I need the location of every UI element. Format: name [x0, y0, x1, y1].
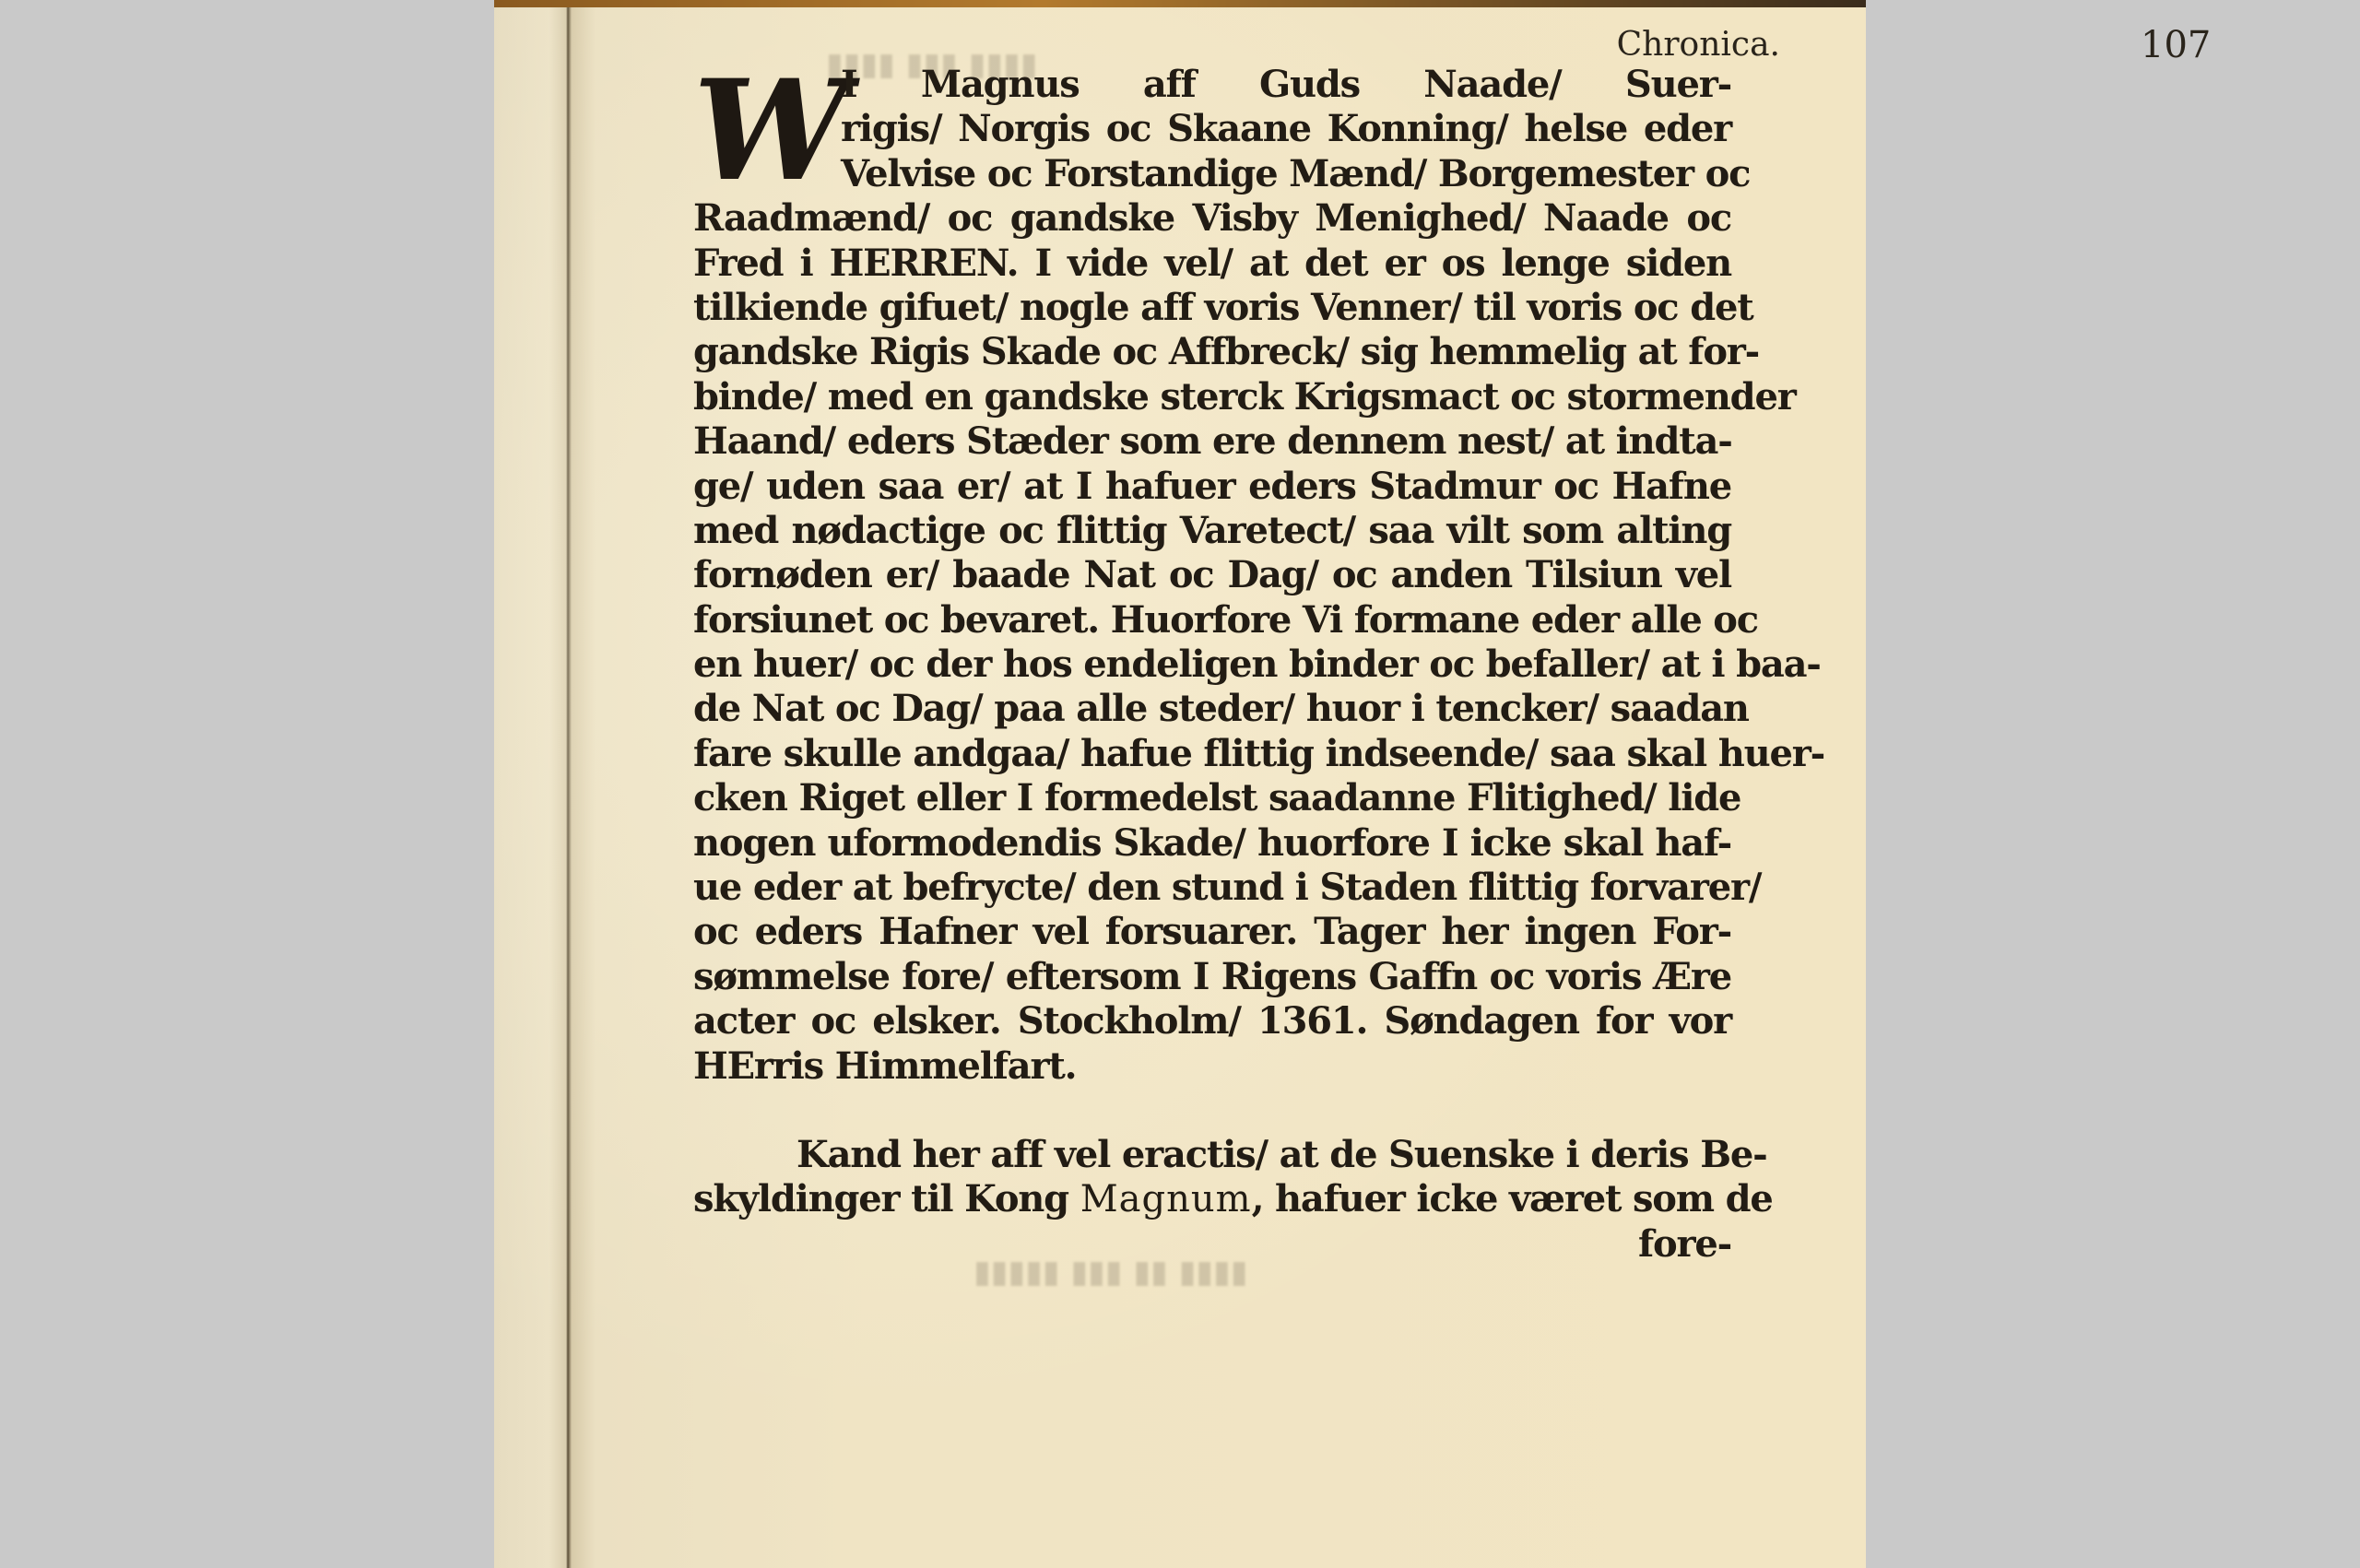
text-span: skyldinger til Kong [693, 1177, 1080, 1220]
text-line: en huer/ oc der hos endeligen binder oc … [693, 643, 1731, 687]
text-line: oc eders Hafner vel forsuarer. Tager her… [693, 910, 1731, 954]
text-line: Velvise oc Forstandige Mænd/ Borgemester… [693, 152, 1731, 196]
paragraph2-line: Kand her aff vel eractis/ at de Suenske … [693, 1133, 1731, 1177]
text-line: sømmelse fore/ eftersom I Rigens Gaffn o… [693, 955, 1731, 999]
catchword: fore- [693, 1222, 1731, 1267]
page-number: 107 [2141, 24, 2211, 66]
text-line: fare skulle andgaa/ hafue flittig indsee… [693, 732, 1731, 776]
running-title: Chronica. [1617, 26, 1780, 64]
text-line: cken Riget eller I formedelst saadanne F… [693, 776, 1731, 820]
text-line: forsiunet oc bevaret. Huorfore Vi forman… [693, 598, 1731, 643]
text-line: I Magnus aff Guds Naade/ Suer- [693, 63, 1731, 107]
body-text: I Magnus aff Guds Naade/ Suer- rigis/ No… [693, 63, 1731, 1267]
text-line: tilkiende gifuet/ nogle aff voris Venner… [693, 286, 1731, 330]
text-line: rigis/ Norgis oc Skaane Konning/ helse e… [693, 107, 1731, 151]
text-line: Raadmænd/ oc gandske Visby Menighed/ Naa… [693, 196, 1731, 241]
text-line: ge/ uden saa er/ at I hafuer eders Stadm… [693, 465, 1731, 509]
paragraph2-line: skyldinger til Kong Magnum, hafuer icke … [693, 1177, 1731, 1221]
text-line: Haand/ eders Stæder som ere dennem nest/… [693, 419, 1731, 464]
binding-edge [494, 0, 1866, 7]
text-line: ue eder at befrycte/ den stund i Staden … [693, 866, 1731, 910]
text-line: de Nat oc Dag/ paa alle steder/ huor i t… [693, 687, 1731, 731]
text-span: , hafuer icke været som de [1252, 1177, 1773, 1220]
text-line-closing: HErris Himmelfart. [693, 1044, 1731, 1089]
text-line: acter oc elsker. Stockholm/ 1361. Søndag… [693, 999, 1731, 1043]
roman-type-name: Magnum [1080, 1178, 1252, 1220]
text-line: fornøden er/ baade Nat oc Dag/ oc anden … [693, 553, 1731, 597]
text-line: binde/ med en gandske sterck Krigsmact o… [693, 375, 1731, 419]
text-line: Fred i HERREN. I vide vel/ at det er os … [693, 242, 1731, 286]
text-line: nogen uformodendis Skade/ huorfore I ick… [693, 821, 1731, 866]
text-line: gandske Rigis Skade oc Affbreck/ sig hem… [693, 330, 1731, 374]
text-line: med nødactige oc flittig Varetect/ saa v… [693, 509, 1731, 553]
